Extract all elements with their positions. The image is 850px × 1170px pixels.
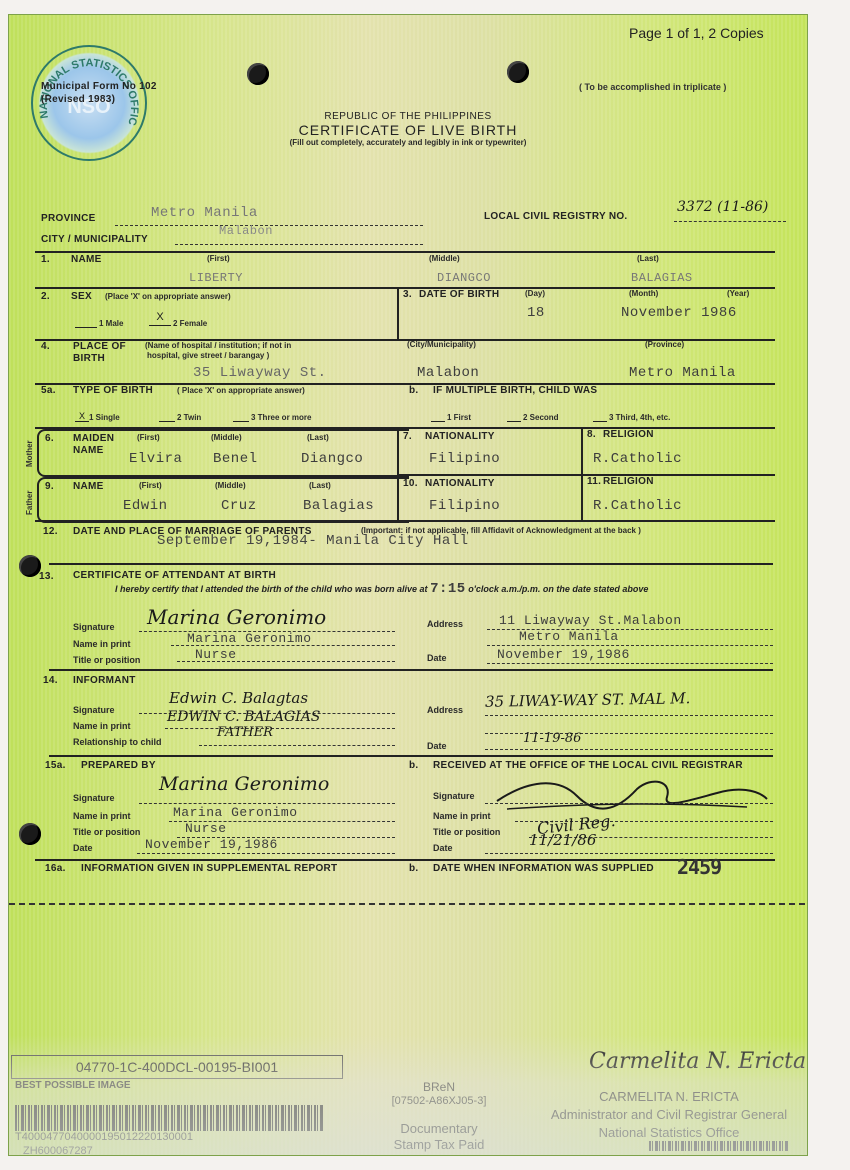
mother-religion: R.Catholic — [593, 451, 682, 467]
punch-hole-icon — [247, 63, 269, 85]
attendant-certify-statement: I hereby certify that I attended the bir… — [115, 581, 648, 597]
prepared-date-label: Date — [73, 843, 93, 853]
city-label: CITY / MUNICIPALITY — [41, 234, 148, 245]
birth-certificate-sheet: Page 1 of 1, 2 Copies NATIONAL STATISTIC… — [8, 14, 808, 1156]
first-option-label: 1 First — [447, 413, 471, 422]
informant-signature-label: Signature — [73, 705, 115, 715]
dob-month-year: November 1986 — [621, 305, 737, 321]
supplied-date-label: DATE WHEN INFORMATION WAS SUPPLIED — [433, 863, 654, 874]
received-date-label: Date — [433, 843, 453, 853]
father-first-caption: (First) — [139, 481, 162, 490]
dob-day-caption: (Day) — [525, 289, 545, 298]
attendant-title-label: Title or position — [73, 655, 140, 665]
three-or-more-checkbox[interactable] — [233, 421, 249, 422]
mother-label-2: NAME — [73, 445, 104, 456]
informant-date-label: Date — [427, 741, 447, 751]
attendant-address-label: Address — [427, 619, 463, 629]
informant-label: INFORMANT — [73, 675, 136, 686]
name-middle-caption: (Middle) — [429, 254, 460, 263]
registrar-general-signature: Carmelita N. Ericta — [589, 1049, 806, 1074]
attendant-label: CERTIFICATE OF ATTENDANT AT BIRTH — [73, 570, 276, 581]
single-checkbox[interactable]: X — [75, 411, 89, 422]
pob-number: 4. — [41, 341, 50, 352]
received-number: b. — [409, 760, 419, 771]
informant-relationship: FATHER — [217, 725, 273, 740]
certify-post-text: o'clock a.m./p.m. on the date stated abo… — [468, 584, 648, 594]
female-checkbox[interactable]: X — [149, 311, 171, 326]
attendant-date-label: Date — [427, 653, 447, 663]
third-checkbox[interactable] — [593, 421, 607, 422]
bren-label: BReN — [359, 1080, 519, 1094]
prepared-title: Nurse — [185, 821, 227, 836]
birth-type-label: TYPE OF BIRTH — [73, 385, 153, 396]
registrar-signature-scribble-icon — [487, 771, 777, 815]
three-or-more-option-label: 3 Three or more — [251, 413, 311, 422]
received-signature-label: Signature — [433, 791, 475, 801]
registry-value: 3372 (11-86) — [677, 199, 768, 215]
attendant-name: Marina Geronimo — [187, 631, 312, 646]
page-indicator: Page 1 of 1, 2 Copies — [629, 25, 764, 41]
mother-religion-number: 8. — [587, 429, 596, 440]
received-name-label: Name in print — [433, 811, 491, 821]
certify-pre-text: I hereby certify that I attended the bir… — [115, 584, 428, 594]
received-label: RECEIVED AT THE OFFICE OF THE LOCAL CIVI… — [433, 760, 743, 771]
female-option-label: 2 Female — [173, 319, 207, 328]
birth-type-hint: ( Place 'X' on appropriate answer) — [177, 386, 305, 395]
male-checkbox[interactable] — [75, 315, 97, 328]
mother-middle-caption: (Middle) — [211, 433, 242, 442]
prepared-title-label: Title or position — [73, 827, 140, 837]
sex-label: SEX — [71, 291, 92, 302]
multiple-birth-label: IF MULTIPLE BIRTH, CHILD WAS — [433, 385, 597, 396]
mother-label-1: MAIDEN — [73, 433, 114, 444]
father-number: 9. — [45, 481, 54, 492]
received-date: 11/21/86 — [529, 831, 596, 849]
twin-option-label: 2 Twin — [177, 413, 201, 422]
marriage-number: 12. — [43, 526, 58, 537]
father-nationality: Filipino — [429, 498, 500, 514]
informant-address-label: Address — [427, 705, 463, 715]
pob-hint-2: hospital, give street / barangay ) — [147, 351, 269, 360]
attendant-address-line2: Metro Manila — [519, 629, 619, 644]
registrar-general-name: CARMELITA N. ERICTA — [529, 1089, 809, 1104]
name-label: NAME — [71, 254, 102, 265]
child-last-name: BALAGIAS — [631, 271, 693, 285]
father-religion-label: RELIGION — [603, 476, 654, 487]
marriage-value: September 19,1984- Manila City Hall — [157, 533, 469, 549]
father-label: NAME — [73, 481, 104, 492]
bren-code: [07502-A86XJ05-3] — [359, 1095, 519, 1107]
informant-date: 11-19-86 — [523, 731, 581, 746]
reference-code-box: 04770-1C-400DCL-00195-BI001 — [11, 1055, 343, 1079]
pob-hint-1: (Name of hospital / institution; if not … — [145, 341, 291, 350]
prepared-label: PREPARED BY — [81, 760, 156, 771]
mother-religion-label: RELIGION — [603, 429, 654, 440]
triplicate-note: ( To be accomplished in triplicate ) — [579, 82, 726, 92]
mother-first-caption: (First) — [137, 433, 160, 442]
father-nationality-number: 10. — [403, 478, 418, 489]
first-checkbox[interactable] — [431, 421, 445, 422]
pob-label-1: PLACE OF — [73, 341, 126, 352]
supplemental-stamp-number: 2459 — [677, 855, 721, 879]
father-last-caption: (Last) — [309, 481, 331, 490]
dob-year-caption: (Year) — [727, 289, 749, 298]
attendant-number: 13. — [39, 571, 54, 582]
serial-number: ZH600067287 — [23, 1145, 93, 1157]
mother-number: 6. — [45, 433, 54, 444]
name-last-caption: (Last) — [637, 254, 659, 263]
dob-day: 18 — [527, 305, 545, 321]
stamp-tax-line1: Documentary — [359, 1121, 519, 1136]
stamp-tax-line2: Stamp Tax Paid — [359, 1137, 519, 1152]
father-first-name: Edwin — [123, 498, 168, 514]
attendant-title: Nurse — [195, 647, 237, 662]
third-option-label: 3 Third, 4th, etc. — [609, 413, 670, 422]
attendant-signature: Marina Geronimo — [147, 605, 326, 629]
mother-nationality: Filipino — [429, 451, 500, 467]
prepared-name-label: Name in print — [73, 811, 131, 821]
form-number: Municipal Form No 102 — [41, 81, 157, 92]
page-title: CERTIFICATE OF LIVE BIRTH — [9, 122, 807, 138]
single-option-label: 1 Single — [89, 413, 120, 422]
supplied-date-number: b. — [409, 863, 419, 874]
second-checkbox[interactable] — [507, 421, 521, 422]
name-number: 1. — [41, 254, 50, 265]
prepared-signature-label: Signature — [73, 793, 115, 803]
sex-number: 2. — [41, 291, 50, 302]
father-nationality-label: NATIONALITY — [425, 478, 495, 489]
certificate-header: REPUBLIC OF THE PHILIPPINES CERTIFICATE … — [9, 111, 807, 147]
dob-month-caption: (Month) — [629, 289, 658, 298]
attendant-signature-label: Signature — [73, 622, 115, 632]
twin-checkbox[interactable] — [159, 421, 175, 422]
informant-signature: Edwin C. Balagtas — [169, 689, 308, 707]
province-label: PROVINCE — [41, 213, 96, 224]
father-religion: R.Catholic — [593, 498, 682, 514]
informant-name: EDWIN C. BALAGIAS — [167, 709, 320, 725]
mother-middle-name: Benel — [213, 451, 258, 467]
received-title-label: Title or position — [433, 827, 500, 837]
male-option-label: 1 Male — [99, 319, 123, 328]
name-first-caption: (First) — [207, 254, 230, 263]
republic-label: REPUBLIC OF THE PHILIPPINES — [9, 111, 807, 122]
dob-number: 3. — [403, 289, 412, 300]
mother-first-name: Elvira — [129, 451, 182, 467]
attendant-address-line1: 11 Liwayway St.Malabon — [499, 613, 682, 628]
child-first-name: LIBERTY — [189, 271, 243, 285]
attendant-name-label: Name in print — [73, 639, 131, 649]
child-middle-name: DIANGCO — [437, 271, 491, 285]
punch-hole-icon — [507, 61, 529, 83]
birth-type-number: 5a. — [41, 385, 56, 396]
pob-province: Metro Manila — [629, 365, 736, 381]
birth-time: 7:15 — [430, 581, 466, 597]
supplemental-number: 16a. — [45, 863, 66, 874]
informant-address: 35 LIWAY-WAY ST. MAL M. — [485, 689, 691, 711]
second-option-label: 2 Second — [523, 413, 559, 422]
small-barcode-icon — [649, 1141, 789, 1151]
registry-label: LOCAL CIVIL REGISTRY NO. — [484, 211, 628, 222]
dob-label: DATE OF BIRTH — [419, 289, 499, 300]
father-religion-number: 11. — [587, 476, 601, 487]
pob-province-caption: (Province) — [645, 340, 684, 349]
mother-last-name: Diangco — [301, 451, 363, 467]
father-middle-name: Cruz — [221, 498, 257, 514]
barcode-icon — [15, 1105, 323, 1131]
sex-hint: (Place 'X' on appropriate answer) — [105, 292, 231, 301]
fill-instruction: (Fill out completely, accurately and leg… — [9, 138, 807, 147]
informant-number: 14. — [43, 675, 58, 686]
supplemental-label: INFORMATION GIVEN IN SUPPLEMENTAL REPORT — [81, 863, 337, 874]
form-revision: (Revised 1983) — [41, 94, 115, 105]
prepared-date: November 19,1986 — [145, 837, 278, 852]
father-middle-caption: (Middle) — [215, 481, 246, 490]
province-value: Metro Manila — [151, 205, 258, 221]
father-side-label: Father — [25, 491, 34, 515]
mother-last-caption: (Last) — [307, 433, 329, 442]
barcode-text: T4000477040000195012220130001 — [15, 1131, 193, 1143]
punch-hole-icon — [19, 555, 41, 577]
informant-name-label: Name in print — [73, 721, 131, 731]
pob-street: 35 Liwayway St. — [193, 365, 327, 381]
prepared-signature: Marina Geronimo — [159, 773, 329, 795]
city-value: Malabon — [219, 224, 273, 238]
prepared-number: 15a. — [45, 760, 66, 771]
registrar-general-title: Administrator and Civil Registrar Genera… — [529, 1107, 809, 1122]
punch-hole-icon — [19, 823, 41, 845]
prepared-name: Marina Geronimo — [173, 805, 298, 820]
father-last-name: Balagias — [303, 498, 374, 514]
mother-nationality-number: 7. — [403, 431, 412, 442]
registrar-general-office: National Statistics Office — [529, 1125, 809, 1140]
mother-nationality-label: NATIONALITY — [425, 431, 495, 442]
pob-city-caption: (City/Municipality) — [407, 340, 476, 349]
pob-city: Malabon — [417, 365, 479, 381]
mother-side-label: Mother — [25, 440, 34, 467]
informant-relationship-label: Relationship to child — [73, 737, 162, 747]
pob-label-2: BIRTH — [73, 353, 105, 364]
multiple-birth-number: b. — [409, 385, 419, 396]
attendant-date: November 19,1986 — [497, 647, 630, 662]
best-image-label: BEST POSSIBLE IMAGE — [15, 1080, 131, 1091]
